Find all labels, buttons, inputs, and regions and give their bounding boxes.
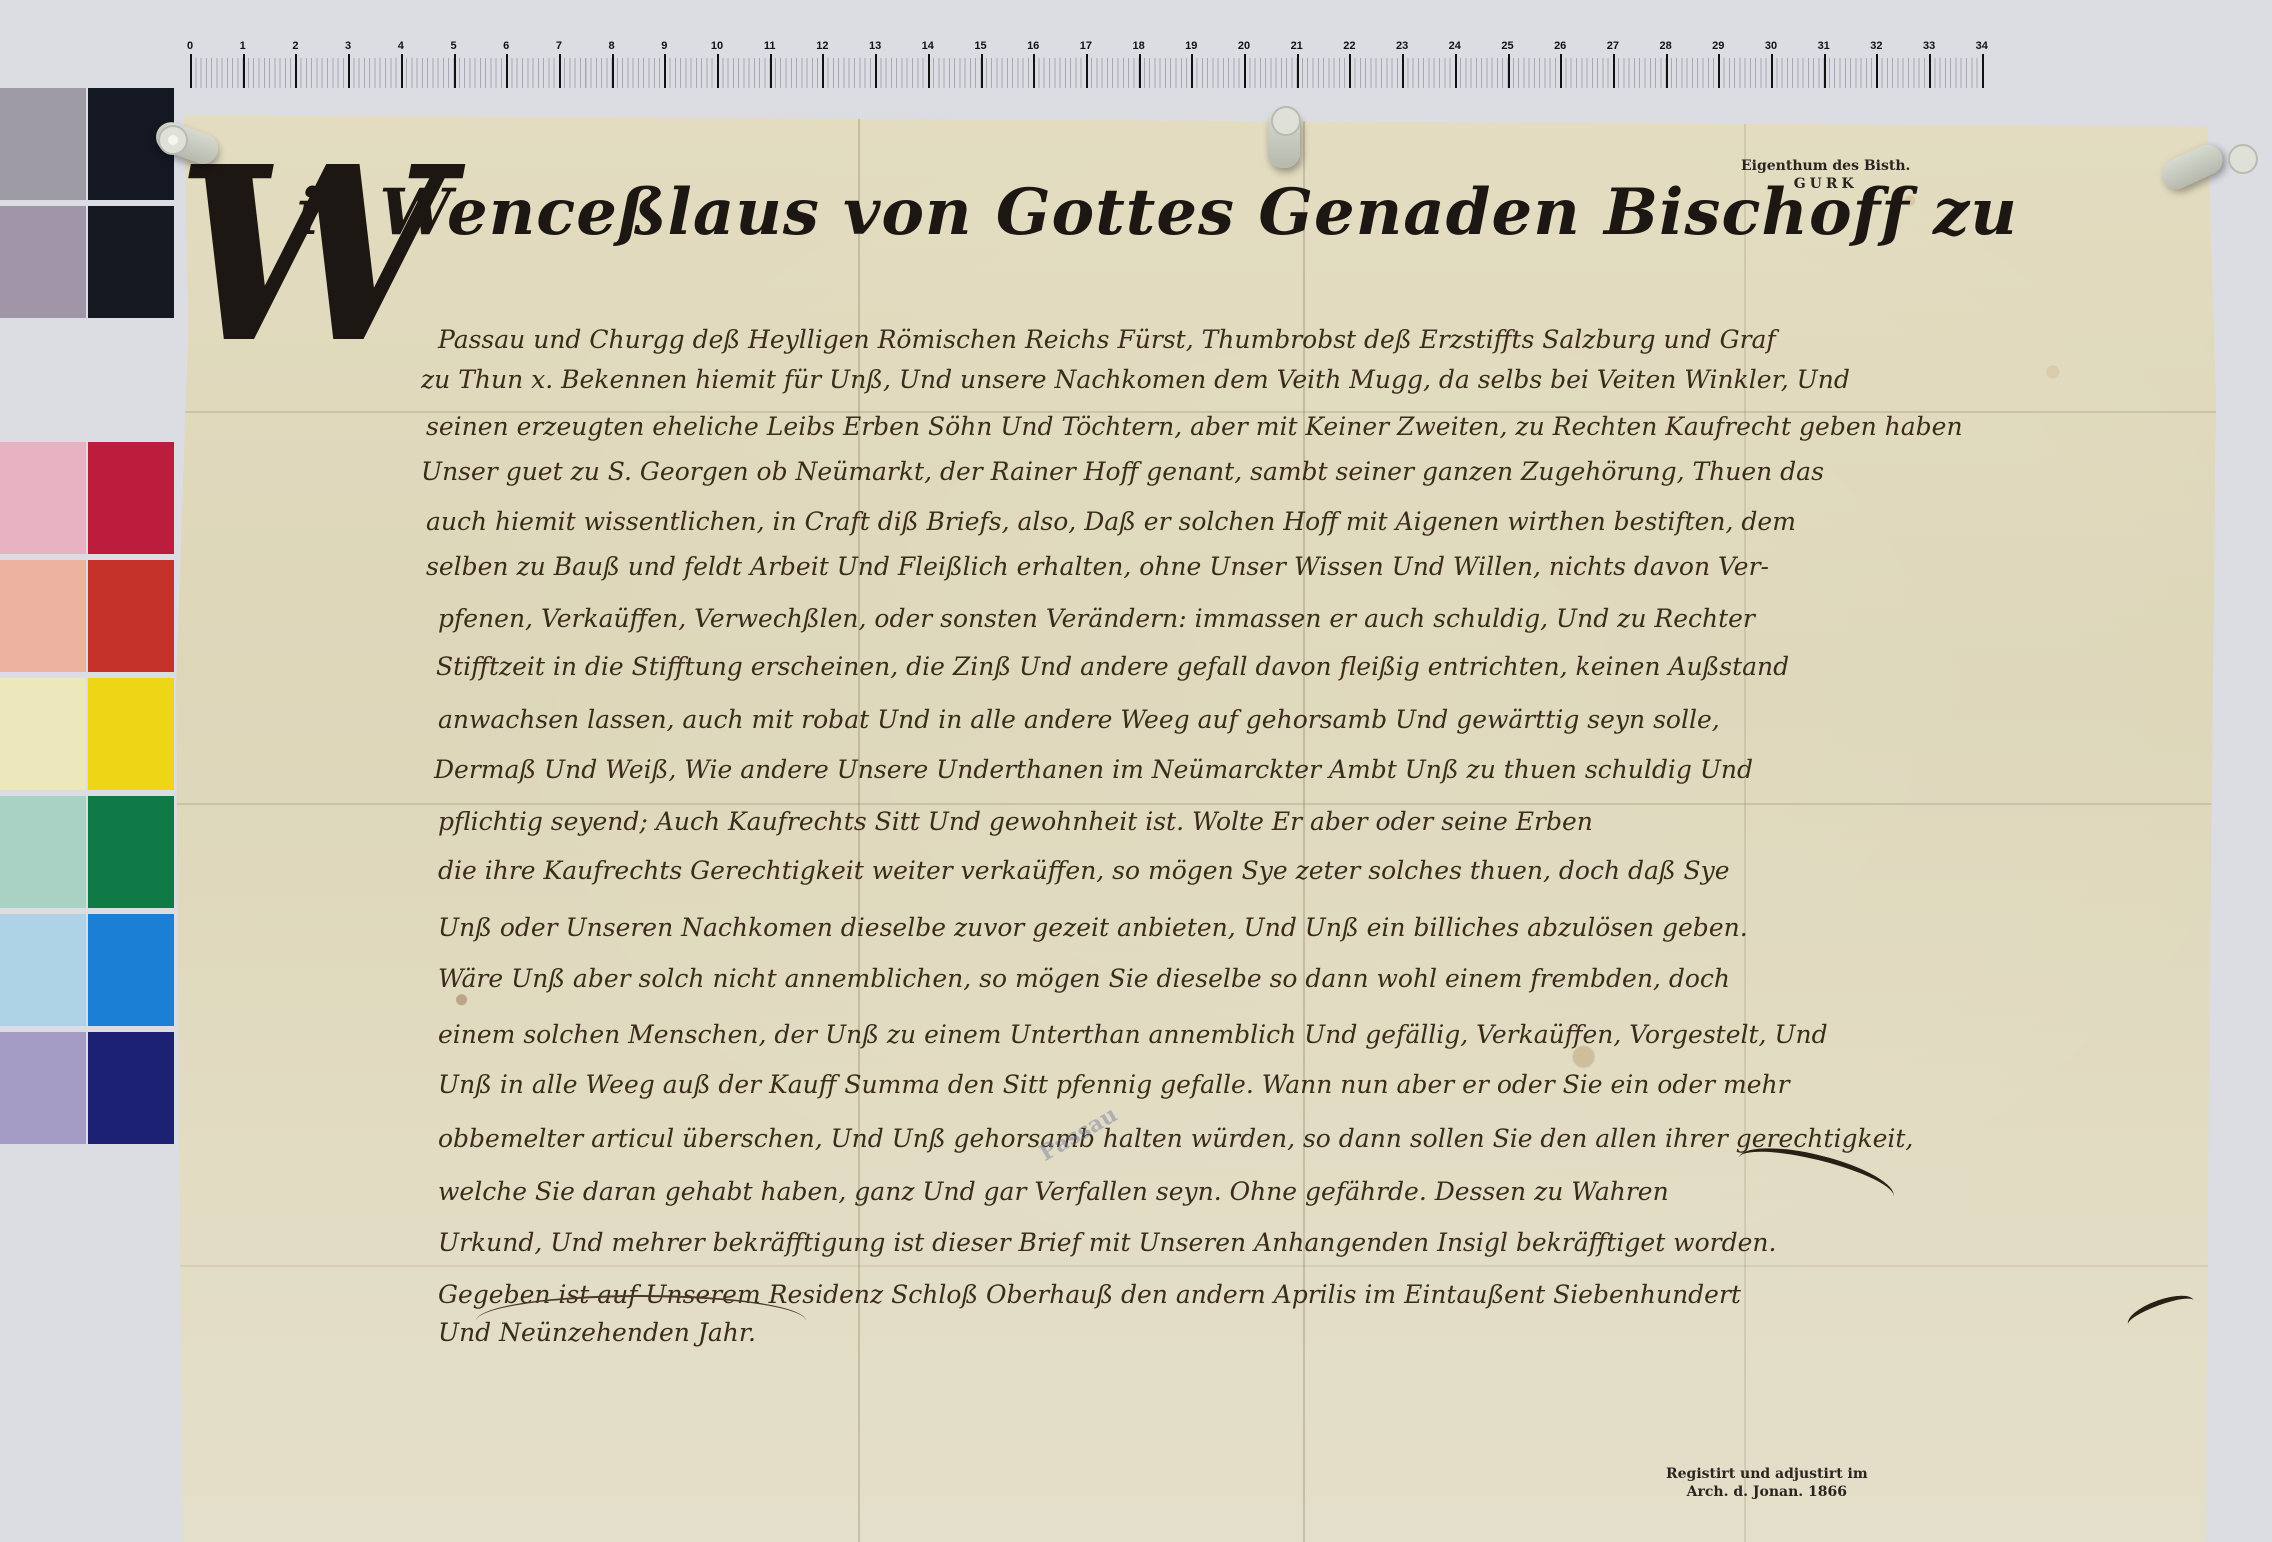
ruler-tick-label: 18 <box>1132 40 1144 52</box>
ruler-tick-label: 24 <box>1449 40 1461 52</box>
color-patch <box>0 442 86 554</box>
ruler-tick <box>506 54 508 88</box>
ruler-tick-label: 20 <box>1238 40 1250 52</box>
ruler-tick-label: 12 <box>816 40 828 52</box>
ruler-tick-label: 9 <box>661 40 667 52</box>
color-patch <box>88 442 174 554</box>
ownership-stamp: Eigenthum des Bisth. GURK <box>1741 157 1910 193</box>
ruler-tick-label: 10 <box>711 40 723 52</box>
ruler-tick <box>1929 54 1931 88</box>
text-line: zu Thun x. Bekennen hiemit für Unß, Und … <box>421 365 1850 394</box>
ruler-tick <box>928 54 930 88</box>
ruler-tick-label: 28 <box>1659 40 1671 52</box>
text-line: welche Sie daran gehabt haben, ganz Und … <box>438 1177 1669 1206</box>
color-patch <box>88 1032 174 1144</box>
ruler-tick-label: 0 <box>187 40 193 52</box>
ruler-tick-label: 11 <box>764 40 776 52</box>
ruler-tick-label: 29 <box>1712 40 1724 52</box>
color-calibration-chart <box>0 88 180 1148</box>
text-line: einem solchen Menschen, der Unß zu einem… <box>438 1020 1828 1049</box>
ruler-tick-label: 7 <box>556 40 562 52</box>
mounting-pin-head <box>1271 106 1301 136</box>
ruler-tick <box>1349 54 1351 88</box>
ruler-tick <box>1508 54 1510 88</box>
ruler-tick <box>875 54 877 88</box>
ruler-tick <box>1402 54 1404 88</box>
ruler-tick-label: 4 <box>398 40 404 52</box>
color-patch <box>0 88 86 200</box>
manuscript-document: W ir Wenceßlaus von Gottes Genaden Bisch… <box>176 115 2216 1542</box>
text-line: Unß oder Unseren Nachkomen dieselbe zuvo… <box>438 913 1748 942</box>
text-line: pflichtig seyend; Auch Kaufrechts Sitt U… <box>438 807 1593 836</box>
text-line: Unß in alle Weeg auß der Kauff Summa den… <box>438 1070 1790 1099</box>
pen-flourish <box>476 1295 806 1347</box>
ruler-tick-label: 17 <box>1080 40 1092 52</box>
color-patch <box>0 796 86 908</box>
ruler-tick-label: 15 <box>974 40 986 52</box>
ruler-tick <box>190 54 192 88</box>
color-patch <box>0 206 86 318</box>
ruler-tick-label: 6 <box>503 40 509 52</box>
ruler-tick-label: 33 <box>1923 40 1935 52</box>
ruler-tick-label: 8 <box>609 40 615 52</box>
ruler-tick <box>348 54 350 88</box>
color-patch <box>88 560 174 672</box>
ruler-tick <box>981 54 983 88</box>
ruler-tick <box>664 54 666 88</box>
text-line: die ihre Kaufrechts Gerechtigkeit weiter… <box>438 856 1730 885</box>
ruler-tick-label: 32 <box>1870 40 1882 52</box>
ruler-tick <box>1613 54 1615 88</box>
text-line: obbemelter articul überschen, Und Unß ge… <box>438 1124 1913 1153</box>
ruler-tick-label: 16 <box>1027 40 1039 52</box>
text-line: Unser guet zu S. Georgen ob Neümarkt, de… <box>421 457 1824 486</box>
text-line: Wäre Unß aber solch nicht annemblichen, … <box>438 964 1730 993</box>
ruler-tick <box>717 54 719 88</box>
mounting-pin-head <box>158 125 188 155</box>
ruler-tick <box>559 54 561 88</box>
mounting-pin-head <box>2228 144 2258 174</box>
ruler-tick-label: 31 <box>1818 40 1830 52</box>
color-patch <box>0 678 86 790</box>
ruler-tick-label: 30 <box>1765 40 1777 52</box>
ruler-tick <box>1666 54 1668 88</box>
ruler-tick <box>1982 54 1984 88</box>
ruler-tick <box>454 54 456 88</box>
ruler-tick-label: 26 <box>1554 40 1566 52</box>
ruler-tick <box>612 54 614 88</box>
ruler-tick <box>1139 54 1141 88</box>
ruler-tick-label: 22 <box>1343 40 1355 52</box>
text-line: seinen erzeugten eheliche Leibs Erben Sö… <box>426 412 1963 441</box>
ruler-tick <box>770 54 772 88</box>
fold-line <box>176 803 2216 805</box>
color-patch <box>88 206 174 318</box>
ruler-tick <box>1244 54 1246 88</box>
text-line: selben zu Bauß und feldt Arbeit Und Flei… <box>426 552 1769 581</box>
ruler-tick <box>1033 54 1035 88</box>
ruler-tick-label: 2 <box>292 40 298 52</box>
ruler-tick <box>822 54 824 88</box>
ruler-tick <box>1560 54 1562 88</box>
ruler-tick <box>1876 54 1878 88</box>
color-patch <box>88 678 174 790</box>
ruler-tick-label: 34 <box>1976 40 1988 52</box>
fold-line <box>176 1265 2216 1267</box>
text-line: pfenen, Verkaüffen, Verwechßlen, oder so… <box>438 604 1755 633</box>
color-patch <box>0 1032 86 1144</box>
text-line: Urkund, Und mehrer bekräfftigung ist die… <box>438 1228 1776 1257</box>
decorated-initial: W <box>176 135 446 375</box>
ruler-tick-label: 19 <box>1185 40 1197 52</box>
color-patch <box>0 914 86 1026</box>
ruler-tick <box>1718 54 1720 88</box>
ruler-tick-label: 21 <box>1291 40 1303 52</box>
text-line: anwachsen lassen, auch mit robat Und in … <box>438 705 1720 734</box>
ruler-tick <box>1297 54 1299 88</box>
ruler-tick <box>1824 54 1826 88</box>
text-line: Stifftzeit in die Stifftung erscheinen, … <box>436 652 1789 681</box>
ruler-tick-label: 23 <box>1396 40 1408 52</box>
ruler-tick-label: 25 <box>1501 40 1513 52</box>
ruler-tick-label: 5 <box>450 40 456 52</box>
ruler-tick-label: 1 <box>240 40 246 52</box>
text-line: Passau und Churgg deß Heylligen Römische… <box>438 325 1776 354</box>
ruler-tick <box>1086 54 1088 88</box>
text-line: auch hiemit wissentlichen, in Craft diß … <box>426 507 1796 536</box>
measurement-ruler: 0123456789101112131415161718192021222324… <box>190 40 1980 98</box>
ruler-tick-label: 27 <box>1607 40 1619 52</box>
ruler-tick <box>401 54 403 88</box>
text-line: Dermaß Und Weiß, Wie andere Unsere Under… <box>434 755 1753 784</box>
ruler-tick <box>243 54 245 88</box>
color-patch <box>0 560 86 672</box>
registry-stamp: Registirt und adjustirt im Arch. d. Jona… <box>1666 1465 1868 1501</box>
ruler-tick <box>1771 54 1773 88</box>
ruler-tick-label: 13 <box>869 40 881 52</box>
color-patch <box>88 796 174 908</box>
color-patch <box>88 914 174 1026</box>
ruler-tick-label: 14 <box>922 40 934 52</box>
ruler-tick <box>1191 54 1193 88</box>
ruler-tick <box>1455 54 1457 88</box>
ruler-tick-label: 3 <box>345 40 351 52</box>
ruler-tick <box>295 54 297 88</box>
